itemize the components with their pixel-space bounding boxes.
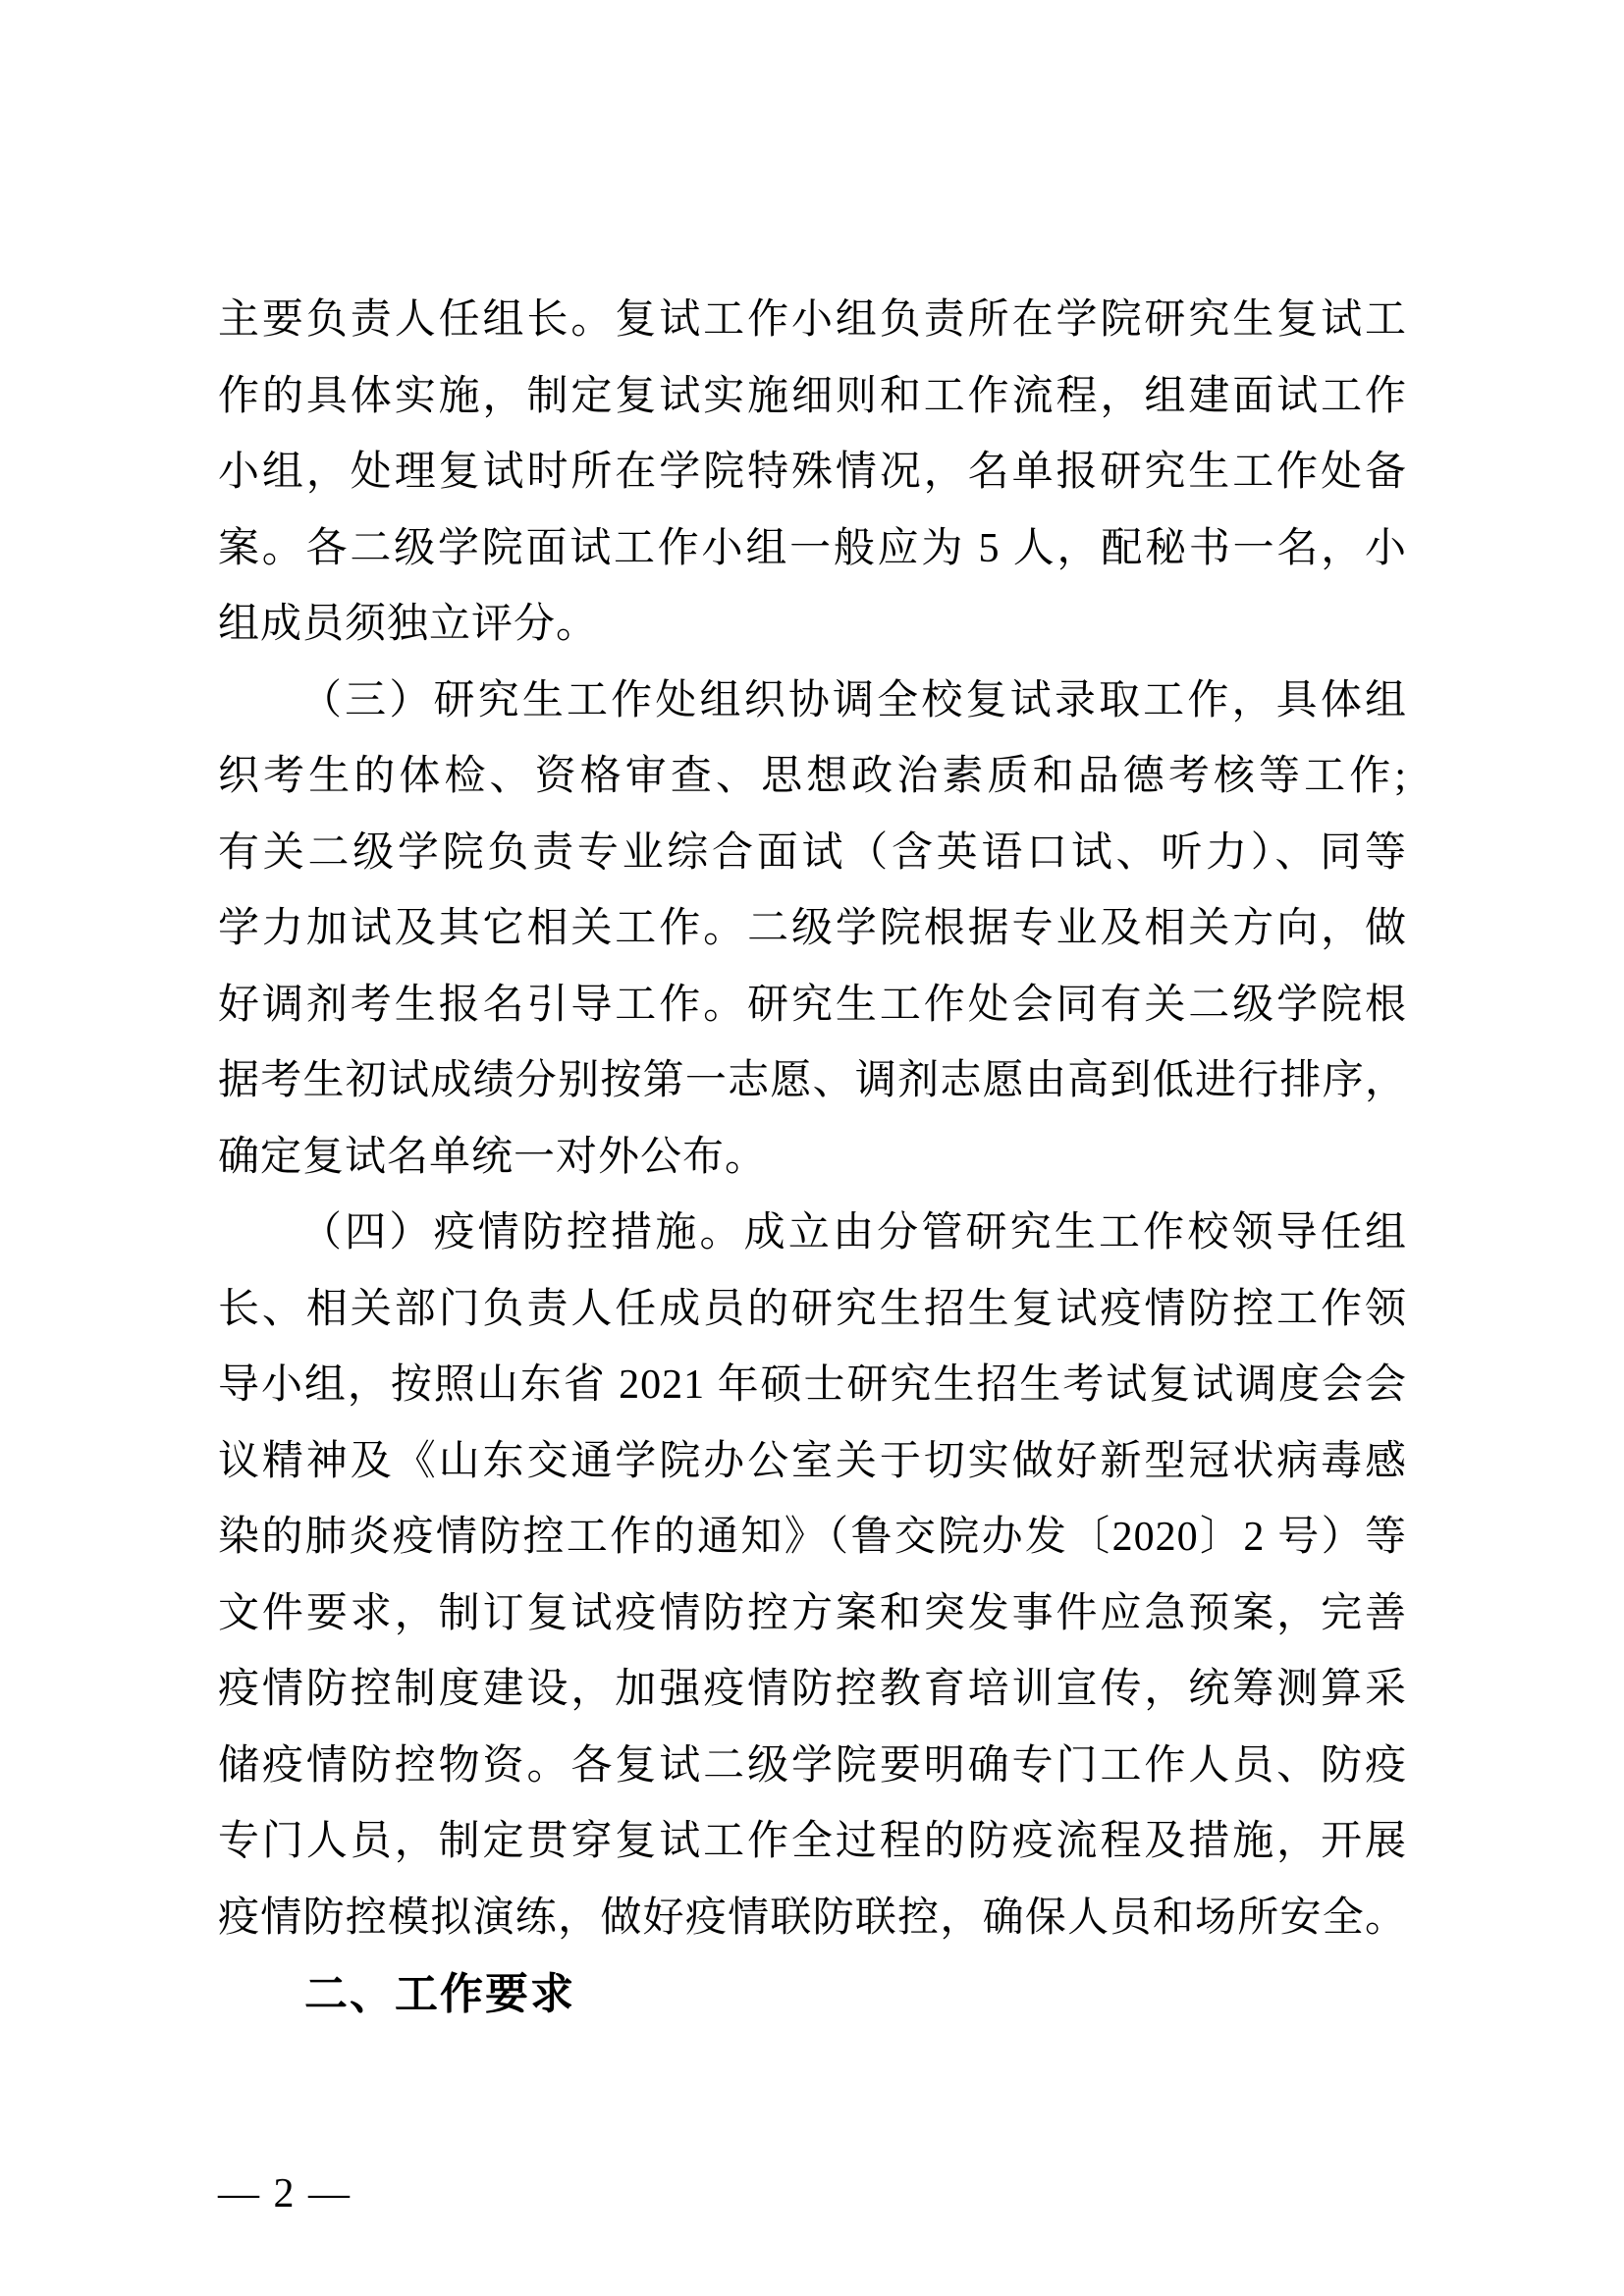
text-line: 议精神及《山东交通学院办公室关于切实做好新型冠状病毒感 [218,1424,1407,1501]
text-line: 小组，处理复试时所在学院特殊情况，名单报研究生工作处备 [218,435,1407,511]
text-line: 据考生初试成绩分别按第一志愿、调剂志愿由高到低进行排序， [218,1043,1407,1120]
text-line: 学力加试及其它相关工作。二级学院根据专业及相关方向，做 [218,891,1407,968]
document-body: 主要负责人任组长。复试工作小组负责所在学院研究生复试工作的具体实施，制定复试实施… [218,283,1407,2033]
text-line: 染的肺炎疫情防控工作的通知》（鲁交院办发〔2020〕2 号）等 [218,1500,1407,1576]
text-line: 疫情防控制度建设，加强疫情防控教育培训宣传，统筹测算采 [218,1652,1407,1729]
text-line: （四）疫情防控措施。成立由分管研究生工作校领导任组 [218,1196,1407,1272]
text-line: 储疫情防控物资。各复试二级学院要明确专门工作人员、防疫 [218,1729,1407,1805]
text-line: 确定复试名单统一对外公布。 [218,1120,1407,1197]
document-page: 主要负责人任组长。复试工作小组负责所在学院研究生复试工作的具体实施，制定复试实施… [0,0,1624,2296]
text-line: 文件要求，制订复试疫情防控方案和突发事件应急预案，完善 [218,1576,1407,1653]
text-line: 组成员须独立评分。 [218,587,1407,664]
text-line: 案。各二级学院面试工作小组一般应为 5 人，配秘书一名，小 [218,511,1407,588]
text-line: 导小组，按照山东省 2021 年硕士研究生招生考试复试调度会会 [218,1348,1407,1424]
text-line: 专门人员，制定贯穿复试工作全过程的防疫流程及措施，开展 [218,1804,1407,1881]
text-line: 主要负责人任组长。复试工作小组负责所在学院研究生复试工 [218,283,1407,359]
text-line: （三）研究生工作处组织协调全校复试录取工作，具体组 [218,664,1407,740]
text-line: 长、相关部门负责人任成员的研究生招生复试疫情防控工作领 [218,1272,1407,1349]
text-line: 好调剂考生报名引导工作。研究生工作处会同有关二级学院根 [218,968,1407,1044]
section-heading: 二、工作要求 [218,1956,1407,2033]
text-line: 疫情防控模拟演练，做好疫情联防联控，确保人员和场所安全。 [218,1881,1407,1957]
page-number: — 2 — [218,2165,352,2222]
text-line: 有关二级学院负责专业综合面试（含英语口试、听力）、同等 [218,816,1407,892]
text-line: 织考生的体检、资格审查、思想政治素质和品德考核等工作; [218,739,1407,816]
text-line: 作的具体实施，制定复试实施细则和工作流程，组建面试工作 [218,359,1407,436]
